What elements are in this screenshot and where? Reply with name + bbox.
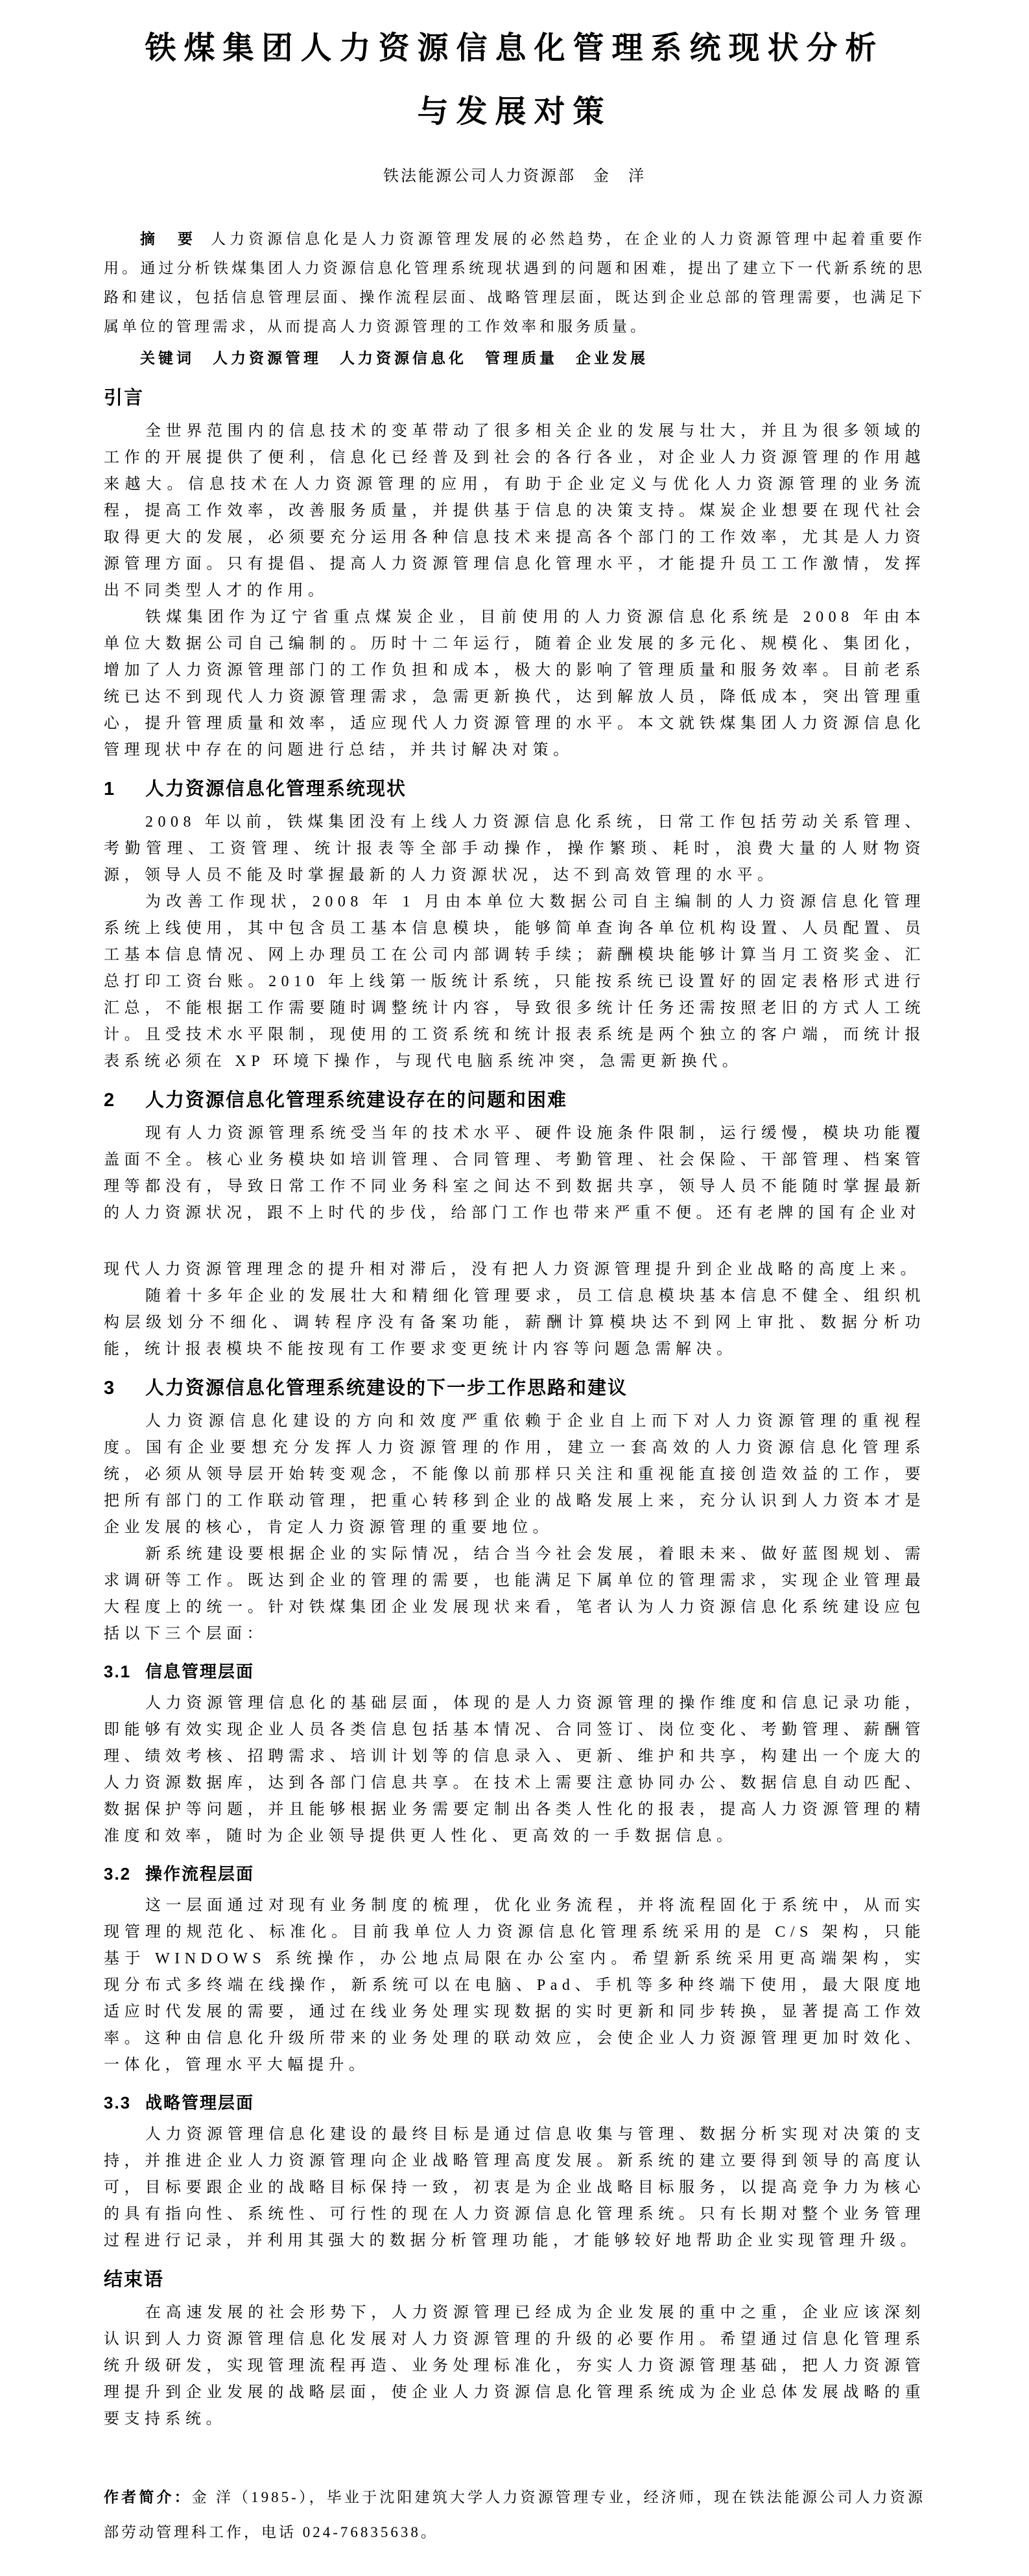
byline: 铁法能源公司人力资源部 金 洋: [104, 166, 925, 187]
author-bio: 作者简介：金 洋（1985-），毕业于沈阳建筑大学人力资源管理专业，经济师，现在…: [104, 2479, 925, 2550]
keywords-label: 关键词: [140, 349, 195, 366]
section-heading-text: 人力资源信息化管理系统现状: [145, 779, 407, 799]
section-1-paragraph-2: 为改善工作现状，2008 年 1 月由本单位大数据公司自主编制的人力资源信息化管…: [104, 889, 925, 1075]
section-3-1-paragraph-1: 人力资源管理信息化的基础层面，体现的是人力资源管理的操作维度和信息记录功能，即能…: [104, 1690, 925, 1850]
author-bio-label: 作者简介：: [104, 2488, 192, 2505]
section-3-3-paragraph-1: 人力资源管理信息化建设的最终目标是通过信息收集与管理、数据分析实现对决策的支持，…: [104, 2121, 925, 2254]
intro-paragraph-2: 铁煤集团作为辽宁省重点煤炭企业，目前使用的人力资源信息化系统是 2008 年由本…: [104, 604, 925, 764]
section-number: 3: [104, 1373, 145, 1403]
conclusion-paragraph-1: 在高速发展的社会形势下，人力资源管理已经成为企业发展的重中之重，企业应该深刻认识…: [104, 2300, 925, 2433]
section-heading-3: 3人力资源信息化管理系统建设的下一步工作思路和建议: [104, 1373, 925, 1403]
author-bio-text: 金 洋（1985-），毕业于沈阳建筑大学人力资源管理专业，经济师，现在铁法能源公…: [104, 2489, 925, 2540]
section-heading-text: 结束语: [104, 2269, 164, 2290]
section-heading-1: 1人力资源信息化管理系统现状: [104, 774, 925, 804]
keywords-line: 关键词人力资源管理 人力资源信息化 管理质量 企业发展: [104, 344, 925, 373]
abstract-label: 摘 要: [140, 230, 196, 247]
section-3-paragraph-1: 人力资源信息化建设的方向和效度严重依赖于企业自上而下对人力资源管理的重视程度。国…: [104, 1408, 925, 1541]
section-number: 1: [104, 774, 145, 804]
section-2-paragraph-1-continued: 现代人力资源管理理念的提升相对滞后，没有把人力资源管理提升到企业战略的高度上来。: [104, 1257, 925, 1283]
keywords-text: 人力资源管理 人力资源信息化 管理质量 企业发展: [213, 350, 648, 366]
section-heading-3-1: 3.1信息管理层面: [104, 1657, 925, 1686]
abstract-paragraph: 摘 要人力资源信息化是人力资源管理发展的必然趋势，在企业的人力资源管理中起着重要…: [104, 224, 925, 341]
section-number: 3.1: [104, 1657, 145, 1686]
section-number: 3.3: [104, 2088, 145, 2118]
abstract-text: 人力资源信息化是人力资源管理发展的必然趋势，在企业的人力资源管理中起着重要作用。…: [104, 231, 925, 335]
section-heading-2: 2人力资源信息化管理系统建设存在的问题和困难: [104, 1085, 925, 1115]
section-heading-text: 人力资源信息化管理系统建设的下一步工作思路和建议: [145, 1378, 628, 1399]
section-heading-text: 操作流程层面: [145, 1864, 254, 1884]
section-1-paragraph-1: 2008 年以前，铁煤集团没有上线人力资源信息化系统，日常工作包括劳动关系管理、…: [104, 809, 925, 889]
section-number: 3.2: [104, 1859, 145, 1889]
section-heading-text: 战略管理层面: [145, 2093, 254, 2112]
section-heading-3-2: 3.2操作流程层面: [104, 1859, 925, 1889]
section-heading-conclusion: 结束语: [104, 2265, 925, 2295]
section-2-paragraph-2: 随着十多年企业的发展壮大和精细化管理要求，员工信息模块基本信息不健全、组织机构层…: [104, 1283, 925, 1363]
section-heading-intro: 引言: [104, 383, 925, 413]
intro-paragraph-1: 全世界范围内的信息技术的变革带动了很多相关企业的发展与壮大，并且为很多领域的工作…: [104, 418, 925, 604]
section-heading-3-3: 3.3战略管理层面: [104, 2088, 925, 2118]
section-2-paragraph-1: 现有人力资源管理系统受当年的技术水平、硬件设施条件限制，运行缓慢，模块功能覆盖面…: [104, 1120, 925, 1227]
section-3-2-paragraph-1: 这一层面通过对现有业务制度的梳理，优化业务流程，并将流程固化于系统中，从而实现管…: [104, 1893, 925, 2079]
document-page: 铁煤集团人力资源信息化管理系统现状分析与发展对策 铁法能源公司人力资源部 金 洋…: [0, 0, 1029, 2576]
section-heading-text: 引言: [104, 388, 144, 408]
document-title: 铁煤集团人力资源信息化管理系统现状分析与发展对策: [136, 17, 894, 144]
section-heading-text: 信息管理层面: [145, 1662, 254, 1681]
section-heading-text: 人力资源信息化管理系统建设存在的问题和困难: [145, 1090, 567, 1111]
section-3-paragraph-2: 新系统建设要根据企业的实际情况，结合当今社会发展，着眼未来、做好蓝图规划、需求调…: [104, 1541, 925, 1648]
section-number: 2: [104, 1085, 145, 1115]
